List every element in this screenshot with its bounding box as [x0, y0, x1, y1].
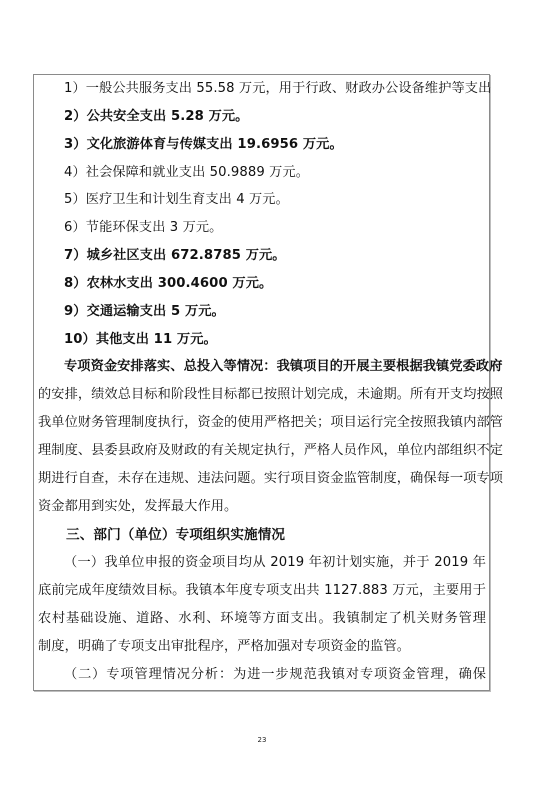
paragraph-line: 理制度、县委县政府及财政的有关规定执行，严格人员作风，单位内部组织不定 — [38, 443, 486, 459]
paragraph-line: 期进行自查，未存在违规、违法问题。实行项目资金监管制度，确保每一项专项 — [38, 471, 486, 487]
expenditure-item: 9）交通运输支出 5 万元。 — [64, 304, 225, 320]
paragraph-line: （二）专项管理情况分析：为进一步规范我镇对专项资金管理，确保 — [64, 667, 486, 683]
paragraph-line: 制度，明确了专项支出审批程序，严格加强对专项资金的监管。 — [38, 639, 486, 655]
paragraph-line: （一）我单位申报的资金项目均从 2019 年初计划实施，并于 2019 年 — [64, 555, 486, 571]
paragraph-line: 资金都用到实处，发挥最大作用。 — [38, 499, 486, 515]
expenditure-item: 3）文化旅游体育与传媒支出 19.6956 万元。 — [64, 137, 343, 153]
section-heading: 三、部门（单位）专项组织实施情况 — [66, 527, 285, 543]
paragraph-line: 底前完成年度绩效目标。我镇本年度专项支出共 1127.883 万元，主要用于 — [38, 583, 486, 599]
expenditure-item: 5）医疗卫生和计划生育支出 4 万元。 — [64, 192, 289, 208]
expenditure-item: 8）农林水支出 300.4600 万元。 — [64, 276, 272, 292]
expenditure-item: 1）一般公共服务支出 55.58 万元，用于行政、财政办公设备维护等支出 — [64, 81, 491, 97]
expenditure-item: 2）公共安全支出 5.28 万元。 — [64, 109, 248, 125]
paragraph-line: 农村基础设施、道路、水利、环境等方面支出。我镇制定了机关财务管理 — [38, 611, 486, 627]
expenditure-item: 6）节能环保支出 3 万元。 — [64, 220, 222, 236]
expenditure-item: 4）社会保障和就业支出 50.9889 万元。 — [64, 165, 309, 181]
paragraph-line: 的安排，绩效总目标和阶段性目标都已按照计划完成，未逾期。所有开支均按照 — [38, 387, 486, 403]
paragraph-line: 专项资金安排落实、总投入等情况：我镇项目的开展主要根据我镇党委政府 — [64, 359, 486, 375]
expenditure-item: 7）城乡社区支出 672.8785 万元。 — [64, 248, 286, 264]
page-number: 23 — [0, 736, 524, 744]
paragraph-line: 我单位财务管理制度执行，资金的使用严格把关；项目运行完全按照我镇内部管 — [38, 415, 486, 431]
expenditure-item: 10）其他支出 11 万元。 — [64, 332, 217, 348]
